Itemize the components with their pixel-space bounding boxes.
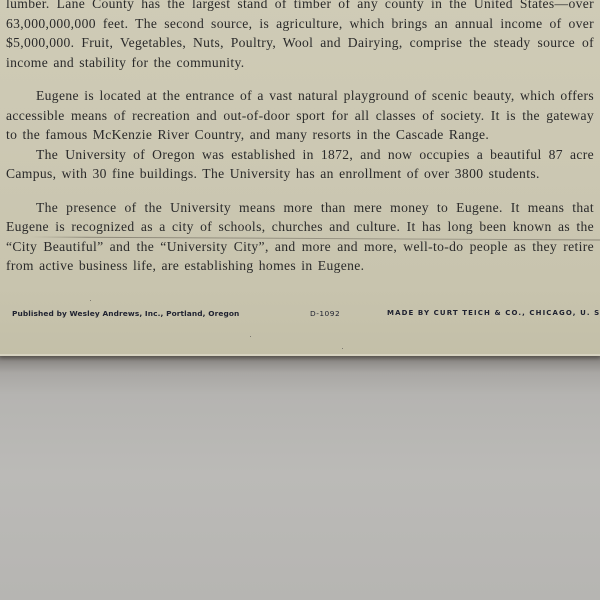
paragraph-scenic-beauty: Eugene is located at the entrance of a v… <box>6 86 594 145</box>
paper-speck <box>250 336 251 337</box>
publisher-credit: Published by Wesley Andrews, Inc., Portl… <box>12 309 239 318</box>
paragraph-timber-agriculture: lumber. Lane County has the largest stan… <box>6 0 594 72</box>
postcard-back: lumber. Lane County has the largest stan… <box>0 0 600 356</box>
table-surface <box>0 355 600 600</box>
paragraph-university-of-oregon: The University of Oregon was established… <box>6 145 594 184</box>
body-text: lumber. Lane County has the largest stan… <box>6 0 594 276</box>
imprint-footer: Published by Wesley Andrews, Inc., Portl… <box>12 309 592 323</box>
paper-speck <box>342 348 343 349</box>
printer-credit: MADE BY CURT TEICH & CO., CHICAGO, U. S.… <box>387 309 600 317</box>
paper-speck <box>90 300 91 301</box>
card-code: D-1092 <box>310 309 340 318</box>
